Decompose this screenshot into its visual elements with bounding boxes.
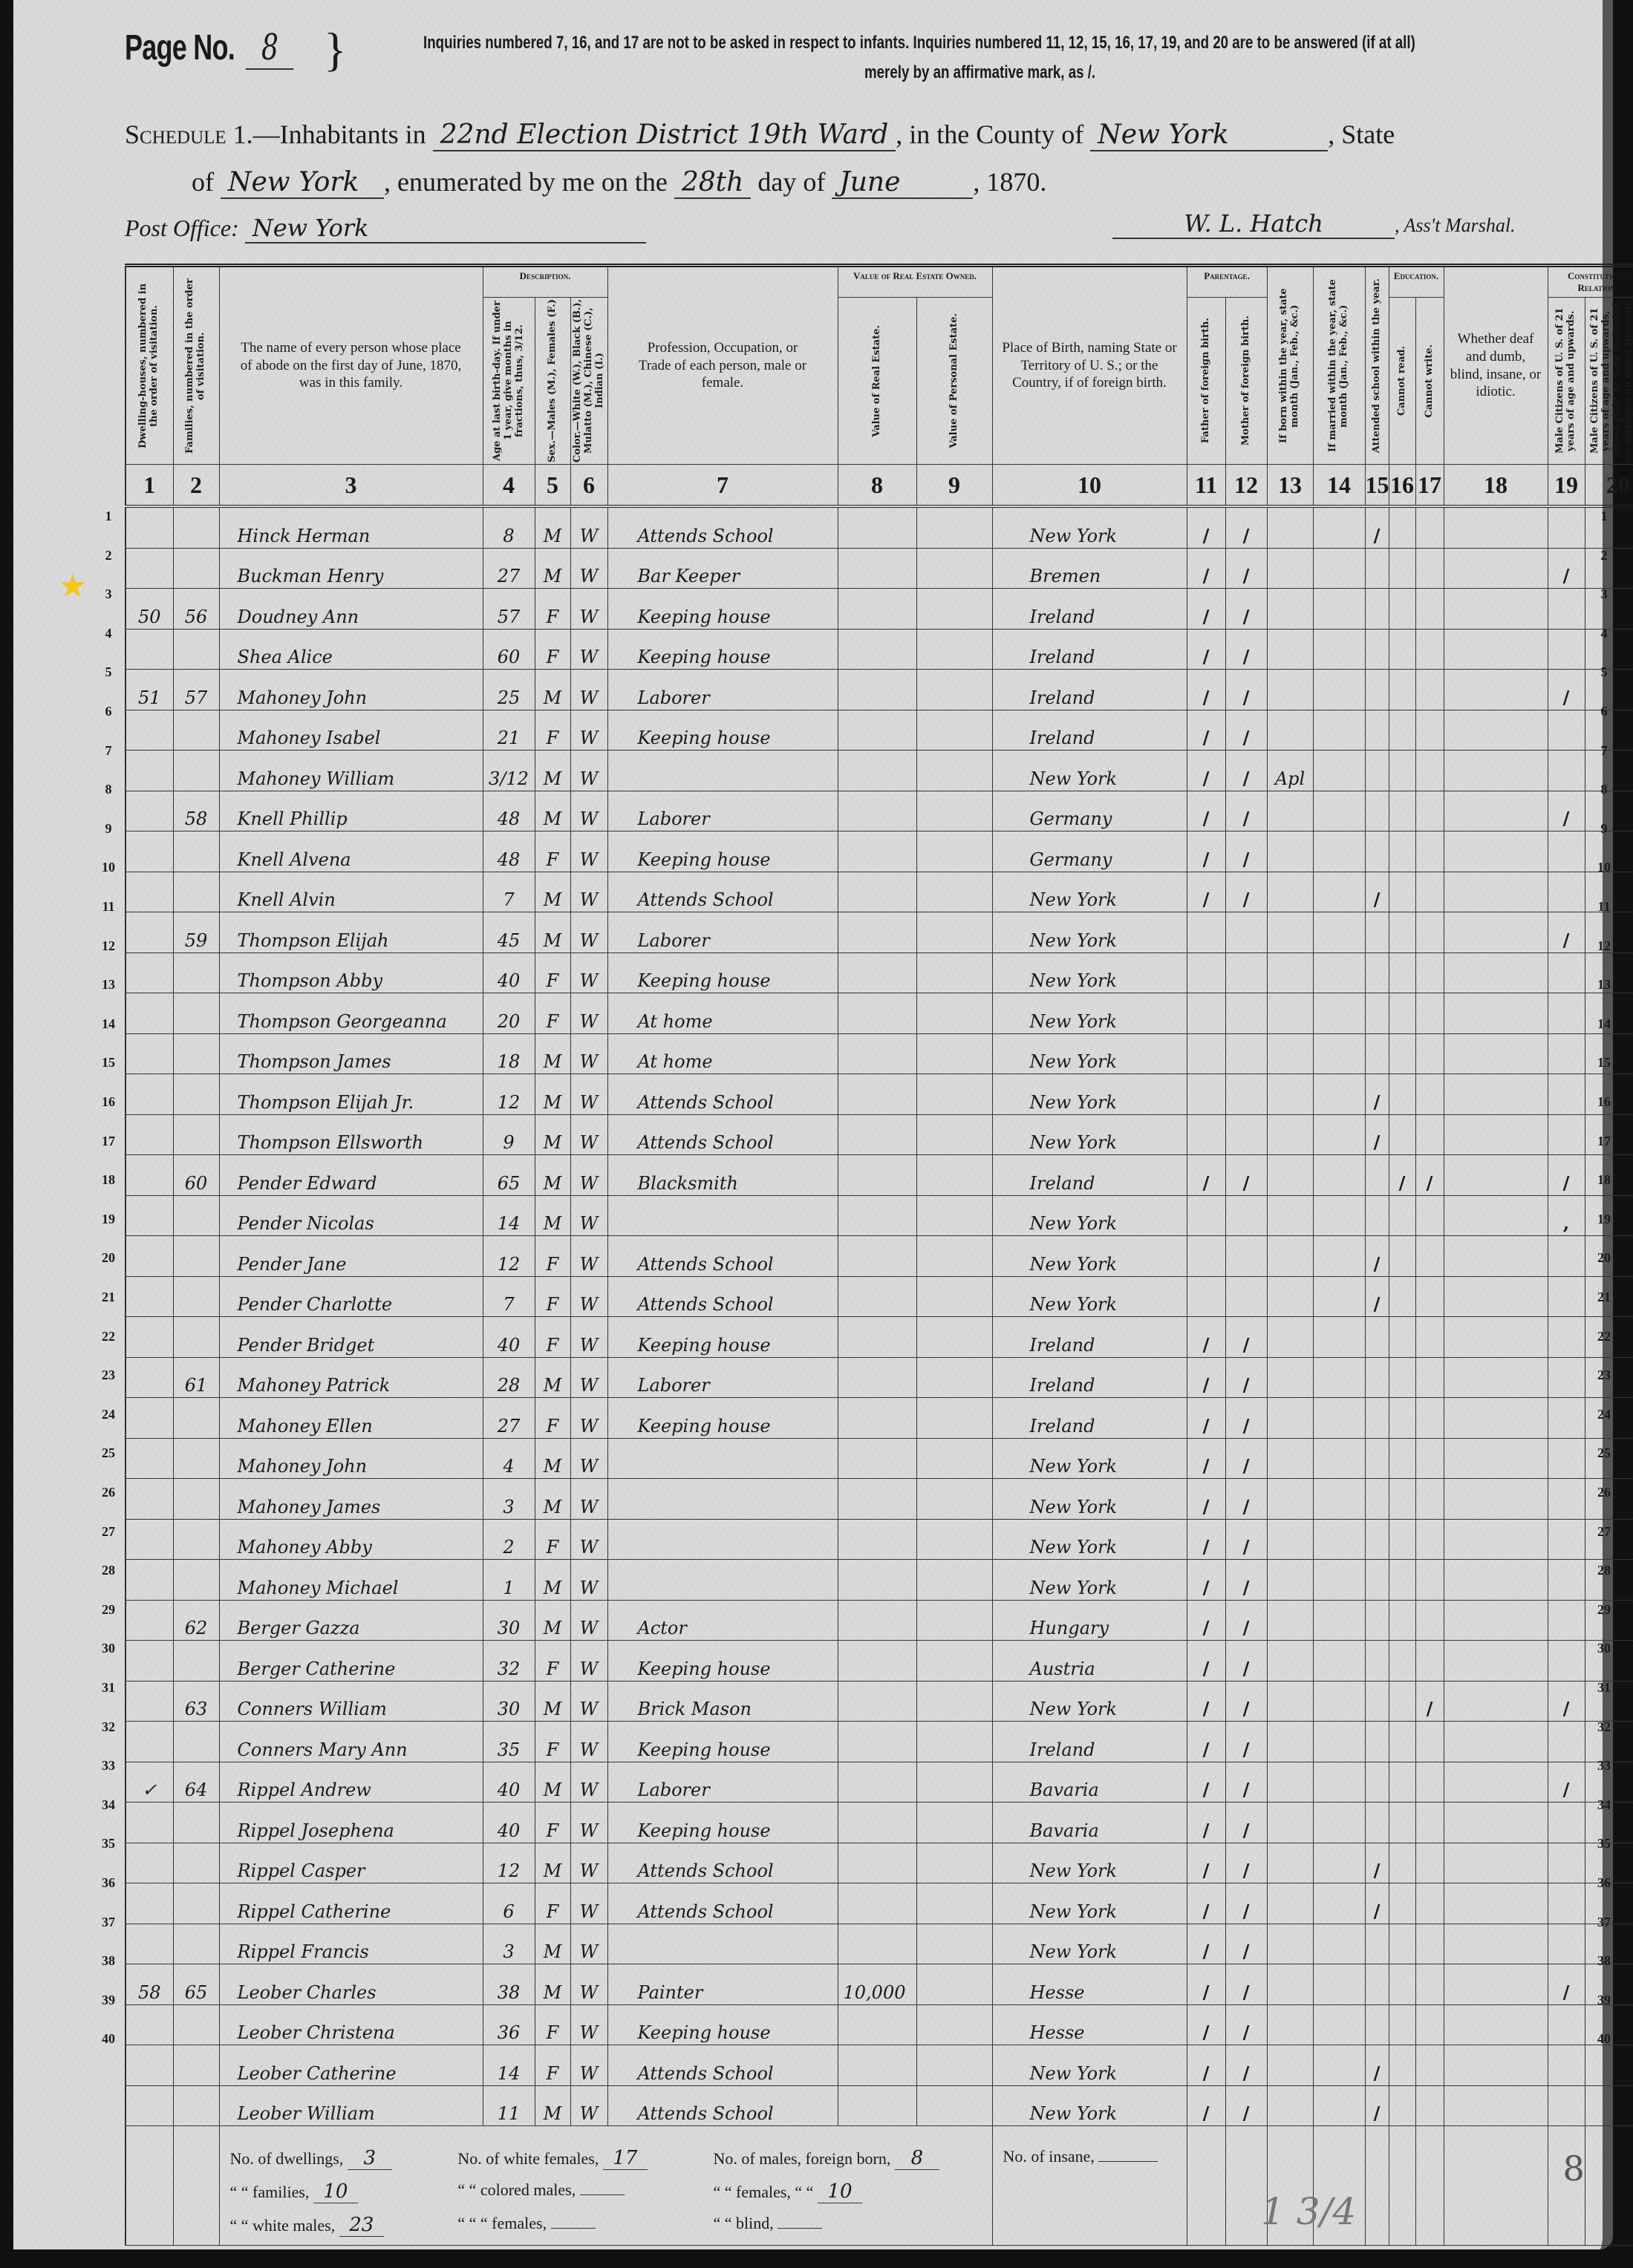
mother-foreign-mark: / [1225, 1681, 1267, 1722]
person-name: Rippel Andrew [219, 1762, 483, 1803]
color: W [570, 629, 607, 670]
person-name: Shea Alice [219, 629, 483, 670]
disability [1444, 831, 1548, 872]
person-name: Mahoney Isabel [219, 710, 483, 751]
sex: M [535, 506, 570, 548]
line-number: 27 [94, 1524, 123, 1540]
father-foreign-mark: / [1187, 670, 1225, 710]
school-mark [1365, 1033, 1389, 1074]
family-number: 57 [173, 670, 219, 710]
table-row: Rippel Josephena40FWKeeping houseBavaria… [126, 1803, 1633, 1843]
color: W [570, 1600, 607, 1641]
instructions-note-2: merely by an affirmative mark, as /. [864, 62, 1095, 83]
col-header-born-month: If born within the year, state month (Ja… [1267, 266, 1313, 465]
dwelling-number [126, 1155, 173, 1196]
dwelling-number [126, 751, 173, 791]
line-number: 18 [94, 1172, 123, 1188]
citizen21-mark [1548, 710, 1585, 751]
person-name: Mahoney Michael [219, 1560, 483, 1601]
birthplace: New York [992, 1195, 1187, 1236]
birthplace: Germany [992, 831, 1187, 872]
cannot-write-mark [1415, 548, 1444, 589]
school-mark [1365, 1641, 1389, 1682]
family-number: 64 [173, 1762, 219, 1803]
person-name: Buckman Henry [219, 548, 483, 589]
sex: M [535, 1357, 570, 1398]
color: W [570, 751, 607, 791]
birthplace: Ireland [992, 1722, 1187, 1762]
school-mark [1365, 751, 1389, 791]
birthplace: Bavaria [992, 1803, 1187, 1843]
col-header-citizen21: Male Citizens of U. S. of 21 years of ag… [1548, 298, 1585, 465]
cannot-read-mark [1389, 1924, 1415, 1964]
line-number: 37 [1589, 1915, 1619, 1930]
dwelling-number [126, 791, 173, 831]
table-row: Pender Jane12FWAttends SchoolNew York/ [126, 1236, 1633, 1277]
married-month [1313, 1438, 1365, 1479]
father-foreign-mark [1187, 993, 1225, 1034]
dwelling-number [126, 1074, 173, 1115]
dwelling-number [126, 1276, 173, 1317]
line-number: 14 [1589, 1016, 1619, 1032]
line-number: 22 [94, 1329, 123, 1344]
citizen21-mark [1548, 1276, 1585, 1317]
birthplace: Ireland [992, 1398, 1187, 1439]
sex: M [535, 1074, 570, 1115]
real-estate-value [838, 1276, 916, 1317]
born-month [1267, 1722, 1313, 1762]
personal-estate-value [916, 1195, 992, 1236]
females-foreign-count: “ “ females, “ “ 10 [713, 2180, 991, 2203]
age: 12 [483, 1236, 535, 1277]
father-foreign-mark [1187, 1276, 1225, 1317]
sex: F [535, 2045, 570, 2086]
line-number: 38 [1589, 1953, 1619, 1969]
cannot-read-mark [1389, 1114, 1415, 1155]
color: W [570, 710, 607, 751]
birthplace: New York [992, 1479, 1187, 1520]
column-number: 8 [838, 465, 916, 507]
line-number: 32 [94, 1719, 123, 1735]
born-month [1267, 1560, 1313, 1601]
white-males-count: “ “ white males, 23 [230, 2214, 445, 2237]
line-number: 37 [94, 1915, 123, 1930]
personal-estate-value [916, 1964, 992, 2005]
age: 30 [483, 1681, 535, 1722]
sex: F [535, 1236, 570, 1277]
line-number: 6 [94, 704, 123, 719]
cannot-write-mark [1415, 1924, 1444, 1964]
personal-estate-value [916, 791, 992, 831]
birthplace: New York [992, 912, 1187, 953]
cannot-read-mark [1389, 2085, 1415, 2126]
state-field: New York [221, 167, 384, 199]
birthplace: New York [992, 1924, 1187, 1964]
disability [1444, 1114, 1548, 1155]
personal-estate-value [916, 1519, 992, 1560]
father-foreign-mark: / [1187, 1357, 1225, 1398]
summary-counts: No. of dwellings, 3 No. of white females… [219, 2126, 992, 2246]
real-estate-value [838, 912, 916, 953]
family-number [173, 1236, 219, 1277]
occupation: Keeping house [607, 589, 838, 630]
age: 1 [483, 1560, 535, 1601]
married-month [1313, 548, 1365, 589]
real-estate-value [838, 1114, 916, 1155]
line-number: 31 [1589, 1680, 1619, 1696]
cannot-read-mark [1389, 1641, 1415, 1682]
married-month [1313, 1033, 1365, 1074]
dwelling-number [126, 1560, 173, 1601]
school-mark [1365, 791, 1389, 831]
disability [1444, 1276, 1548, 1317]
col-header-birthplace: Place of Birth, naming State or Territor… [992, 266, 1187, 465]
age: 35 [483, 1722, 535, 1762]
age: 30 [483, 1600, 535, 1641]
cannot-write-mark [1415, 952, 1444, 993]
cannot-read-mark [1389, 1438, 1415, 1479]
birthplace: New York [992, 1560, 1187, 1601]
personal-estate-value [916, 1883, 992, 1924]
father-foreign-mark [1187, 1236, 1225, 1277]
column-number: 9 [916, 465, 992, 507]
occupation: Bar Keeper [607, 548, 838, 589]
line-number: 26 [94, 1485, 123, 1500]
real-estate-value [838, 1883, 916, 1924]
cannot-read-mark [1389, 589, 1415, 630]
real-estate-value: 10,000 [838, 1964, 916, 2005]
group-header-real-estate: Value of Real Estate Owned. [838, 266, 992, 298]
citizen21-mark [1548, 1600, 1585, 1641]
disability [1444, 1155, 1548, 1196]
line-number: 20 [94, 1250, 123, 1266]
cannot-write-mark [1415, 1033, 1444, 1074]
occupation: Keeping house [607, 710, 838, 751]
married-month [1313, 1641, 1365, 1682]
birthplace: New York [992, 1681, 1187, 1722]
occupation: Keeping house [607, 1317, 838, 1358]
married-month [1313, 751, 1365, 791]
family-number [173, 1803, 219, 1843]
dwelling-number [126, 1600, 173, 1641]
birthplace: New York [992, 751, 1187, 791]
disability [1444, 1600, 1548, 1641]
person-name: Pender Bridget [219, 1317, 483, 1358]
born-month [1267, 1803, 1313, 1843]
dwelling-number [126, 872, 173, 912]
mother-foreign-mark [1225, 1236, 1267, 1277]
person-name: Leober William [219, 2085, 483, 2126]
citizen21-mark [1548, 751, 1585, 791]
cannot-read-mark [1389, 1560, 1415, 1601]
table-row: Mahoney James3MWNew York// [126, 1479, 1633, 1520]
father-foreign-mark: / [1187, 1722, 1225, 1762]
occupation: At home [607, 1033, 838, 1074]
family-number: 62 [173, 1600, 219, 1641]
color: W [570, 1317, 607, 1358]
mother-foreign-mark: / [1225, 751, 1267, 791]
personal-estate-value [916, 629, 992, 670]
occupation: Attends School [607, 2045, 838, 2086]
table-row: Mahoney John4MWNew York// [126, 1438, 1633, 1479]
col-header-father-foreign: Father of foreign birth. [1187, 298, 1225, 465]
col-header-vote-denied: Male Citizens of U. S. of 21 years of ag… [1585, 298, 1633, 465]
col-header-color: Color.—White (W.), Black (B.), Mulatto (… [570, 298, 607, 465]
dwelling-number [126, 1641, 173, 1682]
mother-foreign-mark: / [1225, 1722, 1267, 1762]
married-month [1313, 791, 1365, 831]
married-month [1313, 1681, 1365, 1722]
color: W [570, 589, 607, 630]
cannot-write-mark [1415, 1398, 1444, 1439]
married-month [1313, 589, 1365, 630]
father-foreign-mark: / [1187, 1438, 1225, 1479]
birthplace: New York [992, 506, 1187, 548]
cannot-write-mark [1415, 1600, 1444, 1641]
occupation: Attends School [607, 1114, 838, 1155]
family-number [173, 1722, 219, 1762]
enumeration-line: of New York, enumerated by me on the 28t… [192, 166, 1046, 199]
birthplace: New York [992, 2045, 1187, 2086]
mother-foreign-mark: / [1225, 1964, 1267, 2005]
dwelling-number [126, 1803, 173, 1843]
post-office-field: New York [245, 214, 646, 244]
citizen21-mark [1548, 831, 1585, 872]
sex: F [535, 993, 570, 1034]
personal-estate-value [916, 1762, 992, 1803]
citizen21-mark [1548, 506, 1585, 548]
disability [1444, 710, 1548, 751]
dwelling-number: ✓ [126, 1762, 173, 1803]
cannot-read-mark [1389, 1479, 1415, 1520]
color: W [570, 1357, 607, 1398]
personal-estate-value [916, 1722, 992, 1762]
cannot-write-mark [1415, 1236, 1444, 1277]
color: W [570, 1843, 607, 1883]
personal-estate-value [916, 548, 992, 589]
cannot-write-mark [1415, 872, 1444, 912]
age: 14 [483, 1195, 535, 1236]
born-month [1267, 831, 1313, 872]
age: 3 [483, 1924, 535, 1964]
cannot-write-mark [1415, 1519, 1444, 1560]
person-name: Rippel Francis [219, 1924, 483, 1964]
sex: F [535, 1276, 570, 1317]
column-number: 18 [1444, 465, 1548, 507]
cannot-write-mark [1415, 1722, 1444, 1762]
disability [1444, 1762, 1548, 1803]
school-mark [1365, 2004, 1389, 2045]
sex: F [535, 1722, 570, 1762]
real-estate-value [838, 872, 916, 912]
married-month [1313, 1236, 1365, 1277]
occupation: Laborer [607, 670, 838, 710]
column-number: 19 [1548, 465, 1585, 507]
color: W [570, 1924, 607, 1964]
sex: F [535, 1803, 570, 1843]
school-mark [1365, 1317, 1389, 1358]
sex: F [535, 1641, 570, 1682]
citizen21-mark: / [1548, 1681, 1585, 1722]
star-icon[interactable]: ★ [58, 570, 87, 603]
dwelling-number [126, 548, 173, 589]
birthplace: Ireland [992, 1357, 1187, 1398]
sex: F [535, 1398, 570, 1439]
line-number: 35 [94, 1836, 123, 1852]
citizen21-mark [1548, 1114, 1585, 1155]
dwelling-number [126, 710, 173, 751]
color: W [570, 506, 607, 548]
mother-foreign-mark: / [1225, 1560, 1267, 1601]
line-number: 36 [94, 1875, 123, 1891]
disability [1444, 629, 1548, 670]
occupation: Actor [607, 1600, 838, 1641]
family-number: 59 [173, 912, 219, 953]
occupation: Attends School [607, 1236, 838, 1277]
married-month [1313, 1114, 1365, 1155]
real-estate-value [838, 2045, 916, 2086]
birthplace: Ireland [992, 1155, 1187, 1196]
personal-estate-value [916, 2085, 992, 2126]
column-number: 15 [1365, 465, 1389, 507]
real-estate-value [838, 831, 916, 872]
married-month [1313, 1600, 1365, 1641]
real-estate-value [838, 589, 916, 630]
census-page: ★ Page No.8 } Inquiries numbered 7, 16, … [13, 0, 1613, 2249]
bottom-scrawl: 1 3/4 [1261, 2190, 1356, 2233]
school-mark [1365, 710, 1389, 751]
cannot-write-mark [1415, 791, 1444, 831]
real-estate-value [838, 1762, 916, 1803]
school-mark: / [1365, 1074, 1389, 1115]
personal-estate-value [916, 872, 992, 912]
dwelling-number [126, 1033, 173, 1074]
citizen21-mark [1548, 1357, 1585, 1398]
sex: M [535, 1843, 570, 1883]
disability [1444, 589, 1548, 630]
occupation [607, 1560, 838, 1601]
sex: M [535, 2085, 570, 2126]
disability [1444, 1641, 1548, 1682]
father-foreign-mark: / [1187, 1883, 1225, 1924]
born-month: Apl [1267, 751, 1313, 791]
line-number: 31 [94, 1680, 123, 1696]
group-header-education: Education. [1389, 266, 1444, 298]
family-number [173, 1519, 219, 1560]
family-number [173, 1276, 219, 1317]
school-mark [1365, 1722, 1389, 1762]
mother-foreign-mark [1225, 1276, 1267, 1317]
column-number: 16 [1389, 465, 1415, 507]
real-estate-value [838, 1074, 916, 1115]
school-mark [1365, 1357, 1389, 1398]
disability [1444, 1074, 1548, 1115]
family-number [173, 2045, 219, 2086]
summary-row: No. of dwellings, 3 No. of white females… [126, 2126, 1633, 2246]
occupation: Keeping house [607, 2004, 838, 2045]
person-name: Thompson Ellsworth [219, 1114, 483, 1155]
mother-foreign-mark: / [1225, 2045, 1267, 2086]
line-number: 33 [94, 1758, 123, 1774]
line-number: 27 [1589, 1524, 1619, 1540]
real-estate-value [838, 1357, 916, 1398]
disability [1444, 1033, 1548, 1074]
real-estate-value [838, 1641, 916, 1682]
dwelling-number [126, 2004, 173, 2045]
color: W [570, 670, 607, 710]
table-row: Mahoney Michael1MWNew York// [126, 1560, 1633, 1601]
born-month [1267, 2045, 1313, 2086]
occupation: At home [607, 993, 838, 1034]
column-number: 14 [1313, 465, 1365, 507]
married-month [1313, 1560, 1365, 1601]
school-mark [1365, 831, 1389, 872]
age: 7 [483, 1276, 535, 1317]
color: W [570, 1641, 607, 1682]
sex: M [535, 548, 570, 589]
person-name: Thompson Elijah [219, 912, 483, 953]
col-header-cannot-write: Cannot write. [1415, 298, 1444, 465]
born-month [1267, 912, 1313, 953]
personal-estate-value [916, 1398, 992, 1439]
line-number: 17 [94, 1134, 123, 1149]
citizen21-mark [1548, 1803, 1585, 1843]
citizen21-mark [1548, 1074, 1585, 1115]
table-row: Thompson James18MWAt homeNew York [126, 1033, 1633, 1074]
table-row: Rippel Casper12MWAttends SchoolNew York/… [126, 1843, 1633, 1883]
birthplace: New York [992, 872, 1187, 912]
born-month [1267, 1883, 1313, 1924]
line-number: 9 [1589, 821, 1619, 837]
table-row: Leober William11MWAttends SchoolNew York… [126, 2085, 1633, 2126]
color: W [570, 2004, 607, 2045]
person-name: Mahoney John [219, 1438, 483, 1479]
school-mark: / [1365, 1843, 1389, 1883]
age: 11 [483, 2085, 535, 2126]
family-number [173, 1479, 219, 1520]
married-month [1313, 1803, 1365, 1843]
mother-foreign-mark [1225, 1033, 1267, 1074]
father-foreign-mark [1187, 952, 1225, 993]
disability [1444, 1924, 1548, 1964]
cannot-read-mark [1389, 1236, 1415, 1277]
father-foreign-mark: / [1187, 2085, 1225, 2126]
mother-foreign-mark: / [1225, 1317, 1267, 1358]
cannot-write-mark [1415, 1276, 1444, 1317]
brace-decoration: } [324, 22, 347, 77]
table-row: 5865Leober Charles38MWPainter10,000Hesse… [126, 1964, 1633, 2005]
table-row: Mahoney Abby2FWNew York// [126, 1519, 1633, 1560]
column-number: 13 [1267, 465, 1313, 507]
line-number: 21 [1589, 1290, 1619, 1305]
occupation: Attends School [607, 1074, 838, 1115]
real-estate-value [838, 1155, 916, 1196]
vote-denied-mark [1585, 2085, 1633, 2126]
school-mark [1365, 1195, 1389, 1236]
person-name: Knell Phillip [219, 791, 483, 831]
born-month [1267, 1438, 1313, 1479]
married-month [1313, 912, 1365, 953]
group-header-parentage: Parentage. [1187, 266, 1267, 298]
born-month [1267, 1843, 1313, 1883]
school-mark [1365, 670, 1389, 710]
family-number: 60 [173, 1155, 219, 1196]
birthplace: Ireland [992, 670, 1187, 710]
table-row: ✓64Rippel Andrew40MWLaborerBavaria/// [126, 1762, 1633, 1803]
sex: M [535, 1033, 570, 1074]
line-number: 3 [94, 586, 123, 602]
line-number: 26 [1589, 1485, 1619, 1500]
